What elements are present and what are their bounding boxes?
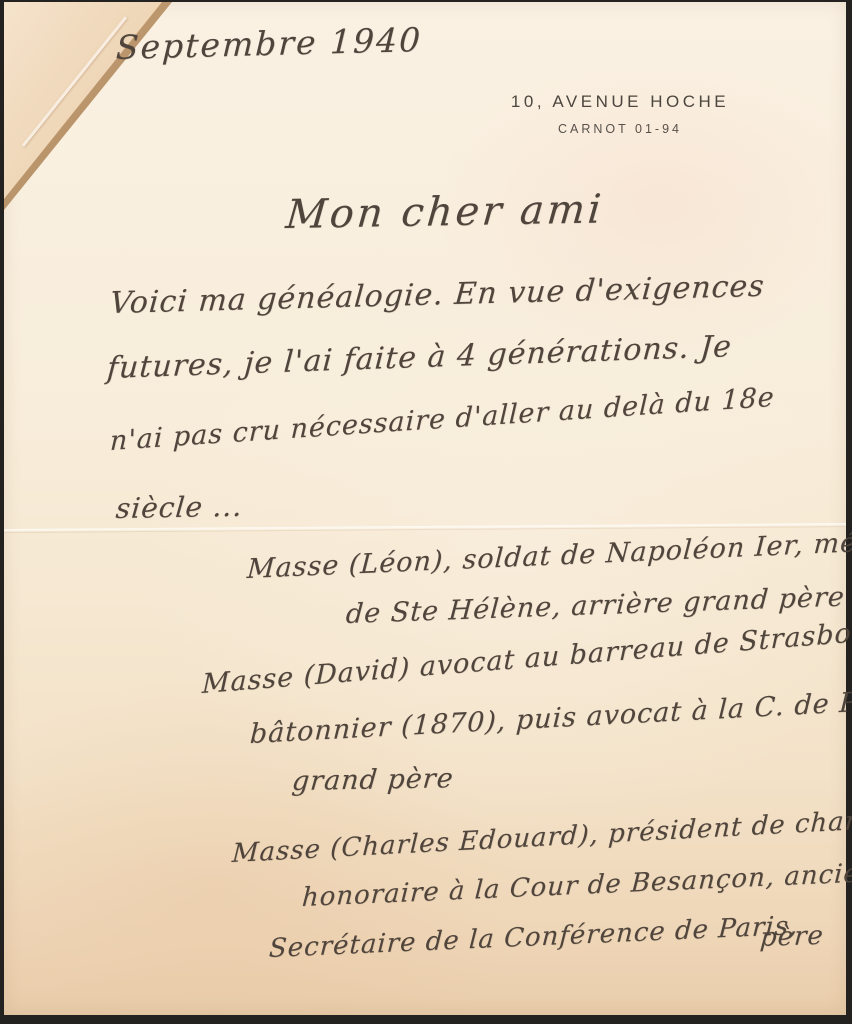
body-line: n'ai pas cru nécessaire d'aller au delà …: [109, 382, 775, 457]
salutation: Mon cher ami: [284, 186, 606, 238]
body-line: bâtonnier (1870), puis avocat à la C. de…: [249, 684, 852, 750]
letter-paper: Septembre 1940 10, AVENUE HOCHE CARNOT 0…: [4, 2, 846, 1015]
body-line: père: [759, 921, 825, 953]
body-line: Masse (Charles Edouard), président de ch…: [231, 803, 852, 869]
letterhead-address: 10, AVENUE HOCHE: [472, 92, 768, 112]
letterhead-phone: CARNOT 01-94: [472, 122, 768, 136]
body-line: futures, je l'ai faite à 4 générations. …: [106, 329, 733, 386]
scanned-letter-photo: Septembre 1940 10, AVENUE HOCHE CARNOT 0…: [0, 0, 852, 1024]
body-line: Masse (David) avocat au barreau de Stras…: [202, 613, 852, 700]
body-line: grand père: [291, 763, 455, 797]
handwritten-date: Septembre 1940: [115, 20, 423, 67]
body-line: Secrétaire de la Conférence de Paris,: [268, 911, 799, 964]
body-line: honoraire à la Cour de Besançon, ancien: [301, 858, 852, 913]
body-line: de Ste Hélène, arrière grand père: [345, 582, 846, 631]
body-line: Voici ma généalogie. En vue d'exigences: [109, 269, 766, 321]
body-line: Masse (Léon), soldat de Napoléon Ier, mé…: [246, 524, 852, 585]
flap-crease-line: [22, 16, 128, 147]
body-line: siècle ...: [115, 490, 245, 525]
letterhead: 10, AVENUE HOCHE CARNOT 01-94: [472, 92, 768, 136]
